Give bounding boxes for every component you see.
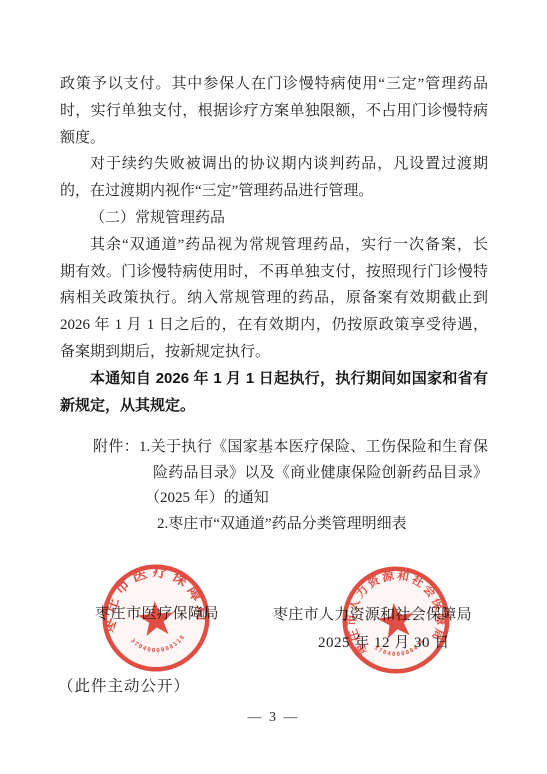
body-line: 时，实行单独支付，根据诊疗方案单独限额，不占用门诊慢特病 [60,98,488,125]
page-number: — 3 — [0,710,547,726]
body-line: 2026 年 1 月 1 日之后的，在有效期内，仍按原政策享受待遇， [60,312,488,339]
body-line: 备案期到期后，按新规定执行。 [60,339,488,366]
attachment-line: 险药品目录》以及《商业健康保险创新药品目录》 [153,461,488,487]
body-line: 病相关政策执行。纳入常规管理的药品，原备案有效期截止到 [60,285,488,312]
body-line: 额度。 [60,125,488,152]
body-line: 期有效。门诊慢特病使用时，不再单独支付，按照现行门诊慢特 [60,259,488,286]
document-page: 政策予以支付。其中参保人在门诊慢特病使用“三定”管理药品 时，实行单独支付，根据… [0,0,547,774]
attachment-line: （2025 年）的通知 [145,486,488,512]
body-line-emphasis: 新规定，从其规定。 [60,393,488,420]
public-disclosure-note: （此件主动公开） [58,674,190,696]
body-line: （二）常规管理药品 [60,205,488,232]
body-line-emphasis: 本通知自 2026 年 1 月 1 日起执行，执行期间如国家和省有 [60,366,488,393]
body-line: 对于续约失败被调出的协议期内谈判药品，凡设置过渡期 [60,151,488,178]
body-line: 其余“双通道”药品视为常规管理药品，实行一次备案，长 [60,232,488,259]
attachment-list: 附件：1.关于执行《国家基本医疗保险、工伤保险和生育保 险药品目录》以及《商业健… [60,435,488,537]
body-line: 的，在过渡期内视作“三定”管理药品进行管理。 [60,178,488,205]
attachment-line: 附件：1.关于执行《国家基本医疗保险、工伤保险和生育保 [93,435,488,461]
body-line: 政策予以支付。其中参保人在门诊慢特病使用“三定”管理药品 [60,71,488,98]
official-seal-left: 枣庄市医疗保障局 3704000008118 [97,559,214,676]
attachment-line: 2.枣庄市“双通道”药品分类管理明细表 [157,512,488,538]
official-seal-right: 枣庄市人力资源和社会保障局 370400000476 [334,558,458,682]
document-body: 政策予以支付。其中参保人在门诊慢特病使用“三定”管理药品 时，实行单独支付，根据… [60,71,488,419]
